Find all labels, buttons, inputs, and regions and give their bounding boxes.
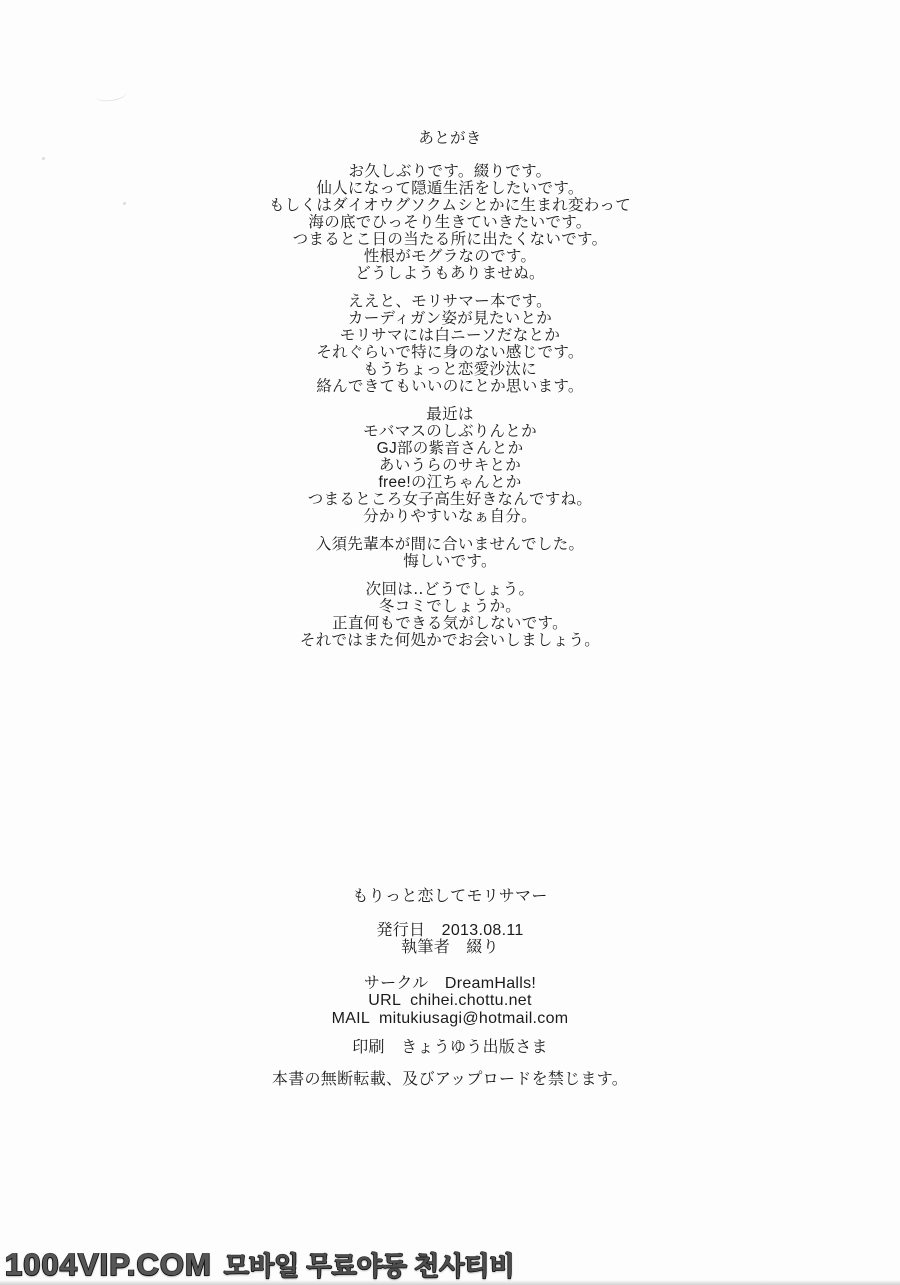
afterword-line: GJ部の紫音さんとか [0, 440, 900, 457]
afterword-text-column: あとがき お久しぶりです。綴りです。 仙人になって隠遁生活をしたいです。 もしく… [0, 130, 900, 660]
author-line: 執筆者 綴り [0, 939, 900, 957]
afterword-paragraph: お久しぶりです。綴りです。 仙人になって隠遁生活をしたいです。 もしくはダイオウ… [0, 163, 900, 282]
afterword-line: どうしようもありませぬ。 [0, 265, 900, 282]
afterword-line: もしくはダイオウグソクムシとかに生まれ変わって [0, 197, 900, 214]
afterword-line: 入須先輩本が間に合いませんでした。 [0, 536, 900, 553]
afterword-paragraph: 入須先輩本が間に合いませんでした。 悔しいです。 [0, 536, 900, 570]
printer-credit: 印刷 きょうゆう出版さま [0, 1039, 900, 1057]
scan-scratch-artifact [94, 86, 127, 103]
circle-mail: MAIL mitukiusagi@hotmail.com [0, 1010, 900, 1028]
publication-info: 発行日 2013.08.11 執筆者 綴り [0, 922, 900, 957]
afterword-line: ええと、モリサマー本です。 [0, 293, 900, 310]
copyright-notice: 本書の無断転載、及びアップロードを禁じます。 [0, 1071, 900, 1089]
afterword-line: 次回は‥どうでしょう。 [0, 581, 900, 598]
afterword-paragraph: ええと、モリサマー本です。 カーディガン姿が見たいとか モリサマには白ニーソだな… [0, 293, 900, 395]
afterword-line: お久しぶりです。綴りです。 [0, 163, 900, 180]
afterword-line: つまるところ女子高生好きなんですね。 [0, 491, 900, 508]
afterword-paragraph: 最近は モバマスのしぶりんとか GJ部の紫音さんとか あいうらのサキとか fre… [0, 406, 900, 525]
afterword-paragraph: 次回は‥どうでしょう。 冬コミでしょうか。 正直何もできる気がしないです。 それ… [0, 581, 900, 649]
watermark-tagline: 모바일 무료야동 천사티비 [224, 1246, 515, 1283]
afterword-line: それではまた何処かでお会いしましょう。 [0, 632, 900, 649]
afterword-line: もうちょっと恋愛沙汰に [0, 361, 900, 378]
afterword-title: あとがき [0, 130, 900, 147]
site-watermark: 1004VIP.COM 모바일 무료야동 천사티비 [5, 1246, 515, 1283]
afterword-line: 海の底でひっそり生きていきたいです。 [0, 214, 900, 231]
afterword-line: モリサマには白ニーソだなとか [0, 327, 900, 344]
circle-name: サークル DreamHalls! [0, 975, 900, 993]
scan-edge-shadow [0, 1280, 900, 1285]
afterword-line: 冬コミでしょうか。 [0, 598, 900, 615]
afterword-line: それぐらいで特に身のない感じです。 [0, 344, 900, 361]
afterword-line: free!の江ちゃんとか [0, 474, 900, 491]
afterword-line: カーディガン姿が見たいとか [0, 310, 900, 327]
scanned-afterword-page: あとがき お久しぶりです。綴りです。 仙人になって隠遁生活をしたいです。 もしく… [0, 0, 900, 1285]
afterword-line: 正直何もできる気がしないです。 [0, 615, 900, 632]
afterword-line: 分かりやすいなぁ自分。 [0, 508, 900, 525]
afterword-line: 悔しいです。 [0, 553, 900, 570]
afterword-line: 絡んできてもいいのにとか思います。 [0, 378, 900, 395]
publication-date: 発行日 2013.08.11 [0, 922, 900, 940]
afterword-line: モバマスのしぶりんとか [0, 423, 900, 440]
colophon: もりっと恋してモリサマー 発行日 2013.08.11 執筆者 綴り サークル … [0, 888, 900, 1088]
afterword-line: 仙人になって隠遁生活をしたいです。 [0, 180, 900, 197]
circle-url: URL chihei.chottu.net [0, 992, 900, 1010]
watermark-site-url: 1004VIP.COM [5, 1247, 212, 1283]
afterword-line: 性根がモグラなのです。 [0, 248, 900, 265]
afterword-line: 最近は [0, 406, 900, 423]
book-title: もりっと恋してモリサマー [0, 888, 900, 906]
circle-info: サークル DreamHalls! URL chihei.chottu.net M… [0, 975, 900, 1028]
afterword-line: つまるとこ日の当たる所に出たくないです。 [0, 231, 900, 248]
afterword-line: あいうらのサキとか [0, 457, 900, 474]
